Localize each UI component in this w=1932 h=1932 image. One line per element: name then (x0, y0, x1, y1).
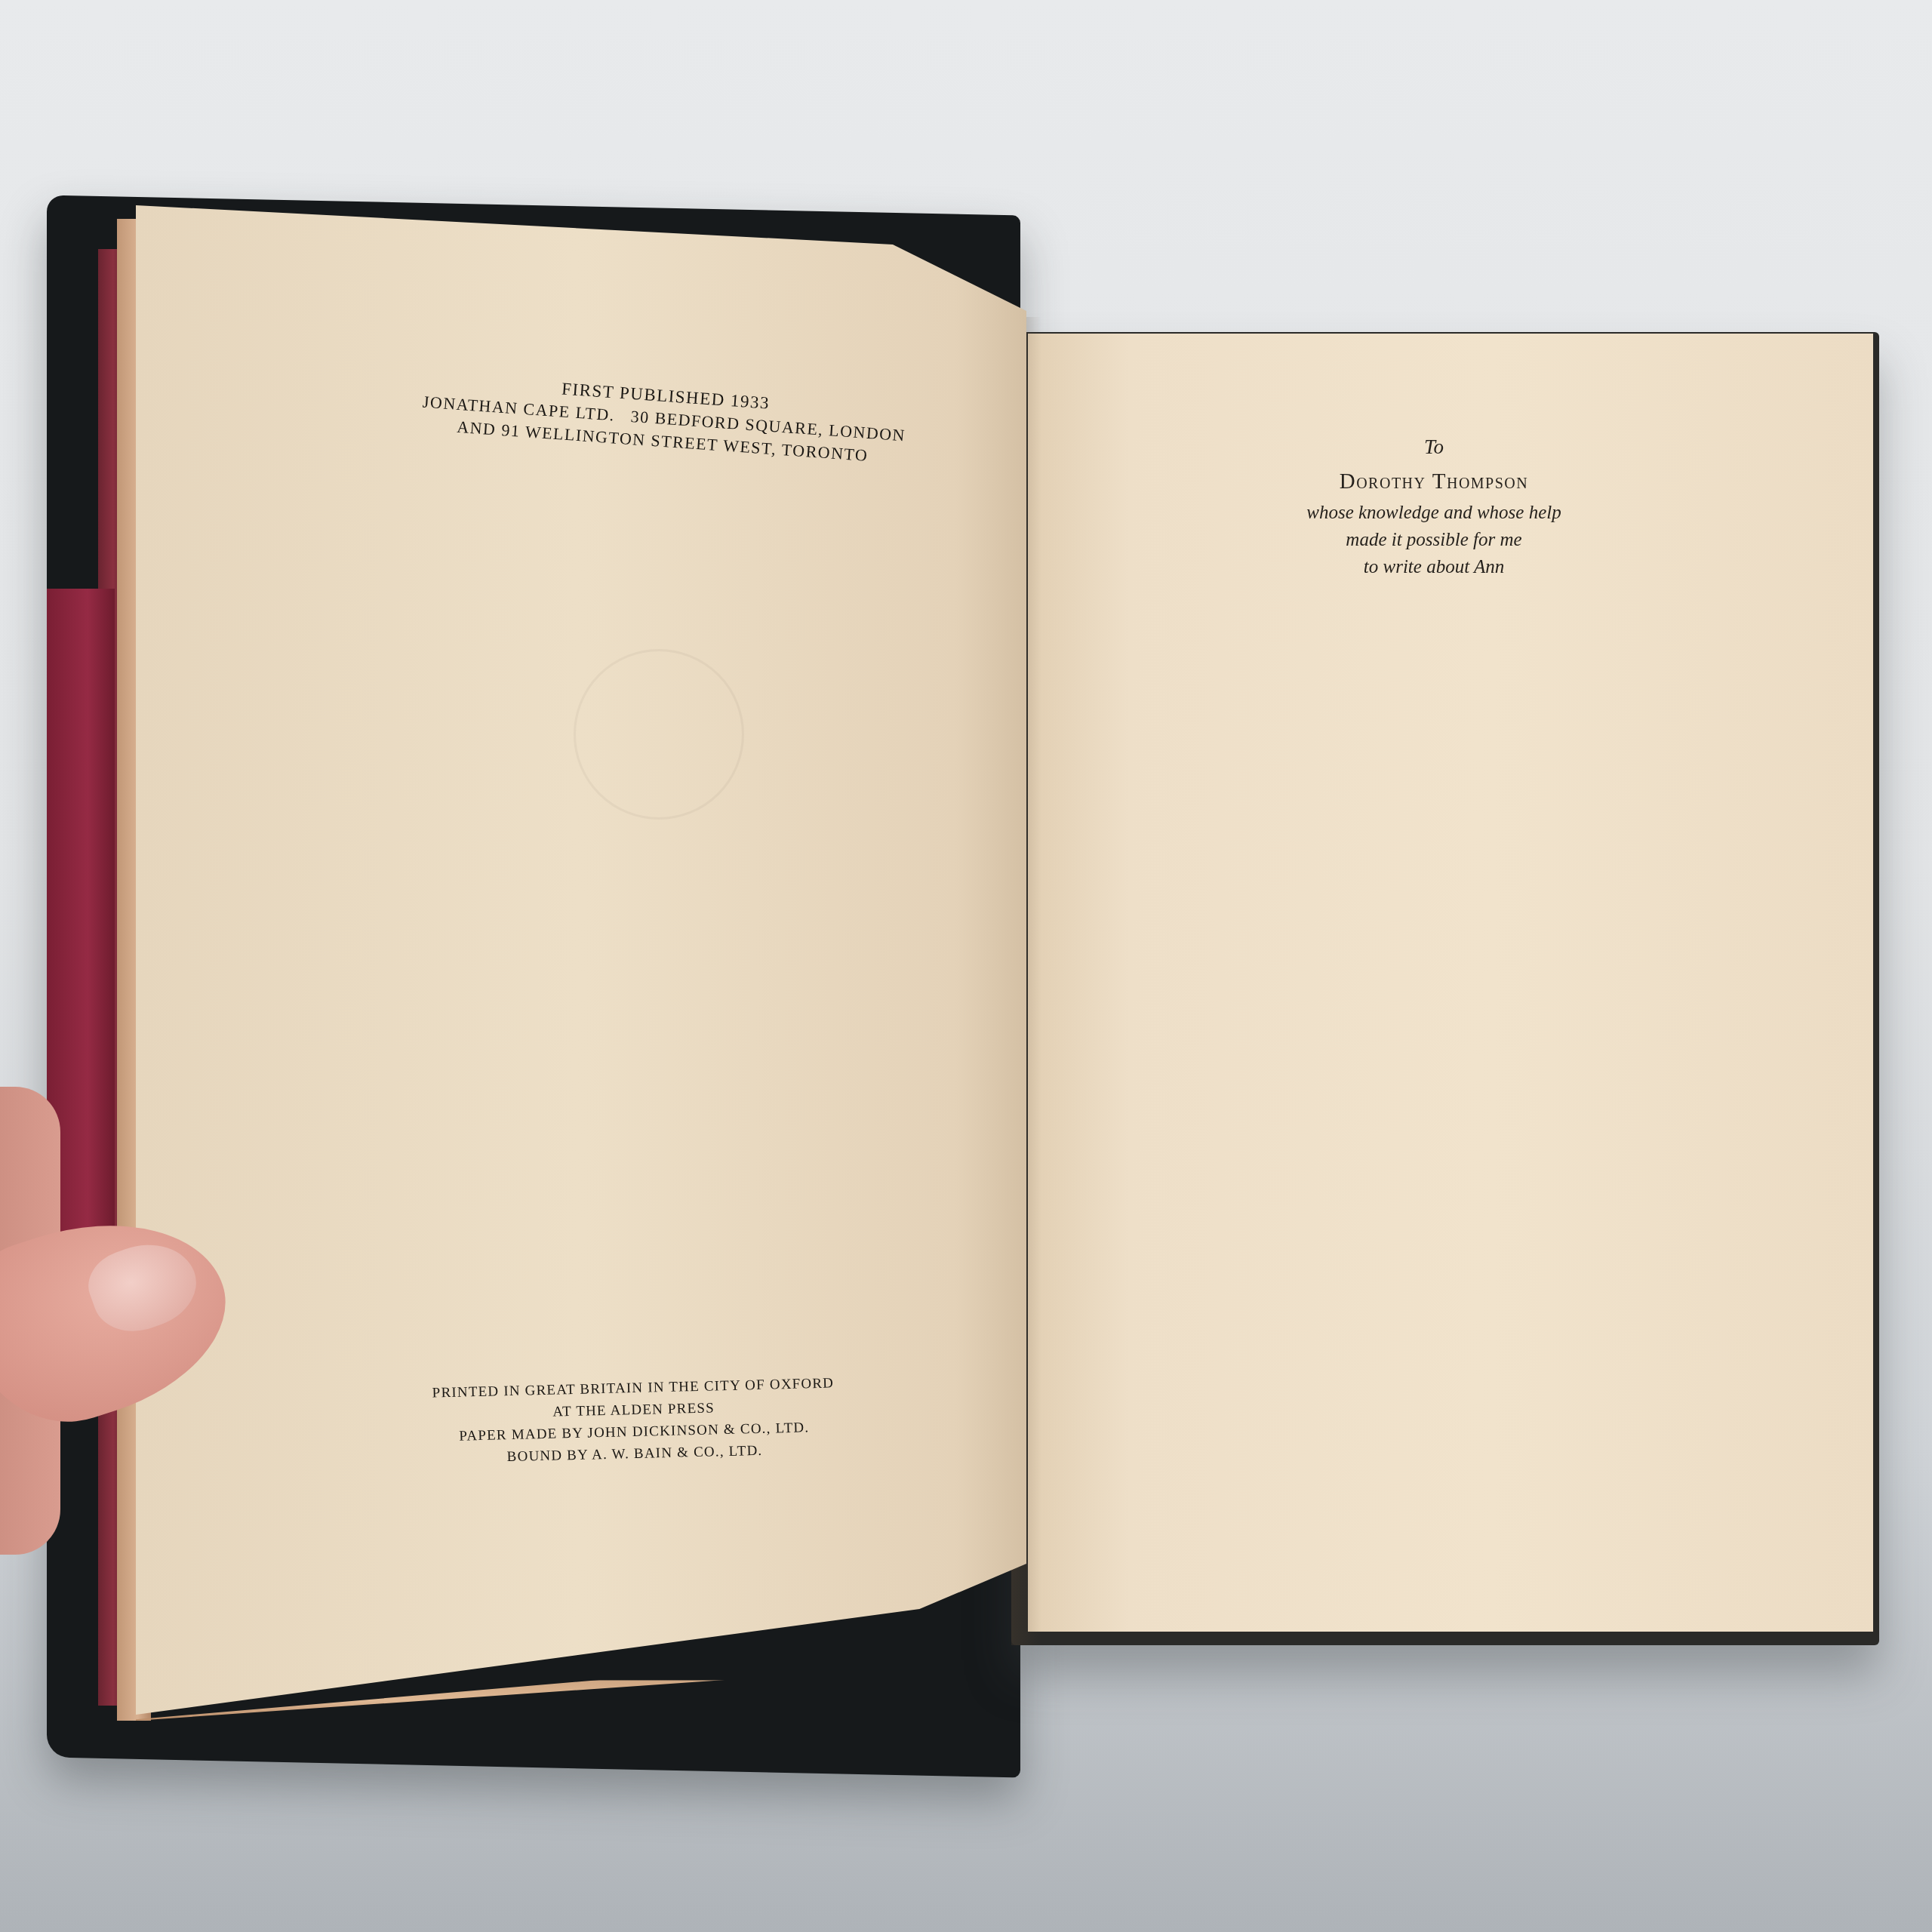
dedication-line-2: made it possible for me (1253, 527, 1615, 554)
dedication: To Dorothy Thompson whose knowledge and … (1253, 430, 1615, 581)
printer-imprint: PRINTED IN GREAT BRITAIN IN THE CITY OF … (384, 1371, 884, 1471)
dedication-name: Dorothy Thompson (1253, 463, 1615, 500)
photo-scene: FIRST PUBLISHED 1933 JONATHAN CAPE LTD. … (0, 0, 1932, 1932)
dedication-line-3: to write about Ann (1253, 554, 1615, 581)
dedication-to: To (1253, 430, 1615, 463)
dedication-line-1: whose knowledge and whose help (1253, 500, 1615, 527)
show-through-emblem (574, 649, 744, 820)
